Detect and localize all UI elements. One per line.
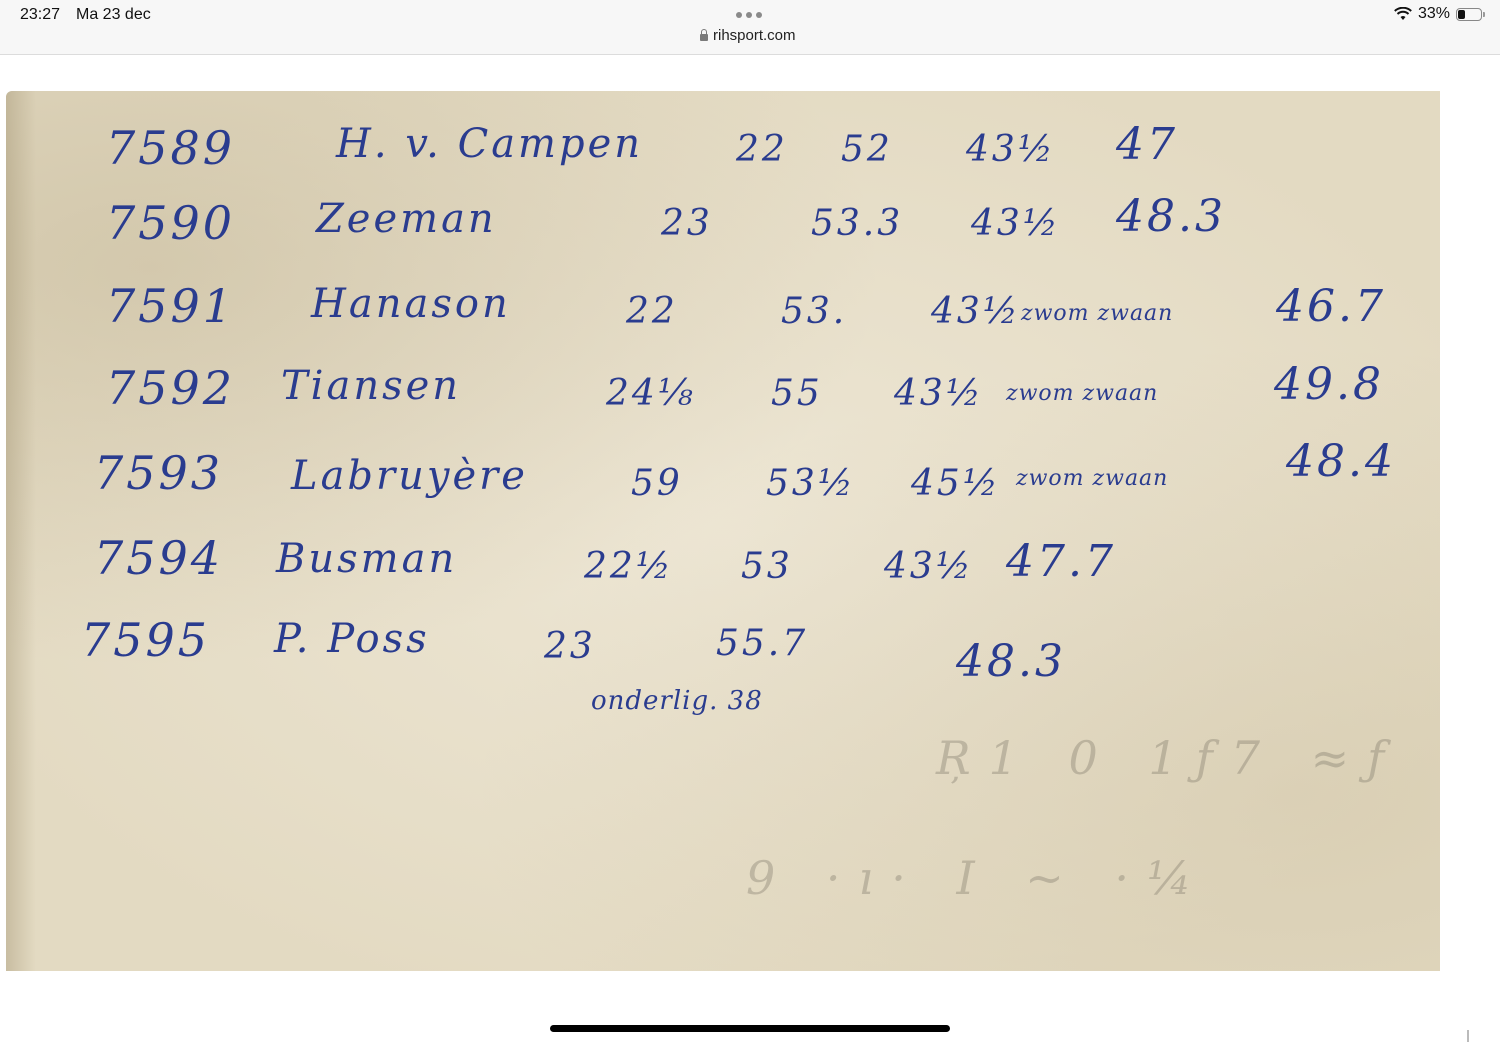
record-name: H. v. Campen: [336, 121, 643, 167]
record-result: 49.8: [1274, 359, 1384, 410]
record-result: 46.7: [1276, 281, 1386, 332]
record-id: 7594: [94, 531, 223, 585]
document-image: Ŗ1 0 1ƒ7 ≈ƒ 9 ·ı· I ~ ·¼ 7589 H. v. Camp…: [6, 91, 1440, 971]
scrollbar[interactable]: [1467, 1030, 1469, 1042]
record-col1: 22½: [584, 546, 674, 587]
record-col1: 22: [626, 291, 678, 332]
record-col2: 52: [841, 129, 893, 170]
record-col3: 45½: [911, 463, 1001, 504]
record-result: 48.3: [1116, 191, 1226, 242]
faded-pencil-marks: 9 ·ı· I ~ ·¼: [746, 851, 1210, 905]
record-id: 7589: [106, 121, 235, 175]
record-result: 47.7: [1006, 536, 1116, 587]
address-bar[interactable]: rihsport.com: [700, 27, 796, 44]
battery-percent: 33%: [1418, 5, 1450, 23]
record-result: 48.4: [1286, 436, 1396, 487]
system-indicators: 33%: [1394, 5, 1482, 23]
record-col2: 53: [741, 546, 793, 587]
record-col1: 24⅛: [606, 373, 696, 414]
record-col2: 55: [771, 373, 823, 414]
clock: 23:27: [20, 6, 60, 24]
record-col3: 43½: [884, 546, 974, 587]
home-indicator[interactable]: [550, 1025, 950, 1032]
record-note: zwom zwaan: [1021, 301, 1173, 326]
record-col2: 53.3: [811, 203, 903, 244]
battery-icon: [1456, 8, 1482, 21]
record-name: Labruyère: [291, 453, 528, 499]
record-name: Tiansen: [281, 363, 461, 409]
date: Ma 23 dec: [76, 6, 151, 24]
record-col1: 22: [736, 129, 788, 170]
status-bar: 23:27 Ma 23 dec rihsport.com 33%: [0, 0, 1500, 55]
record-result: 47: [1116, 119, 1178, 170]
faded-pencil-marks: Ŗ1 0 1ƒ7 ≈ƒ: [936, 731, 1402, 785]
record-col1: 23: [544, 626, 596, 667]
record-id: 7591: [106, 279, 235, 333]
record-col3: 43½: [894, 373, 984, 414]
record-name: Busman: [276, 536, 457, 582]
record-id: 7595: [81, 613, 210, 667]
record-result: 48.3: [956, 636, 1066, 687]
record-name: Hanason: [311, 281, 511, 327]
record-col1: 23: [661, 203, 713, 244]
record-id: 7593: [94, 446, 223, 500]
record-note: zwom zwaan: [1006, 381, 1158, 406]
record-note: zwom zwaan: [1016, 466, 1168, 491]
footer-note: onderlig. 38: [591, 686, 763, 716]
record-col1: 59: [631, 463, 683, 504]
record-name: P. Poss: [274, 616, 430, 662]
lock-icon: [700, 34, 708, 41]
wifi-icon: [1394, 7, 1412, 21]
more-dots-icon[interactable]: [736, 12, 762, 18]
record-id: 7592: [106, 361, 235, 415]
record-col3: 43½: [971, 203, 1061, 244]
record-col2: 53.: [781, 291, 847, 332]
record-col3: 43½: [931, 291, 1021, 332]
record-id: 7590: [106, 196, 235, 250]
record-col2: 55.7: [716, 623, 808, 664]
record-name: Zeeman: [316, 196, 497, 242]
record-col3: 43½: [966, 129, 1056, 170]
url-text: rihsport.com: [713, 27, 796, 44]
record-col2: 53½: [766, 463, 856, 504]
